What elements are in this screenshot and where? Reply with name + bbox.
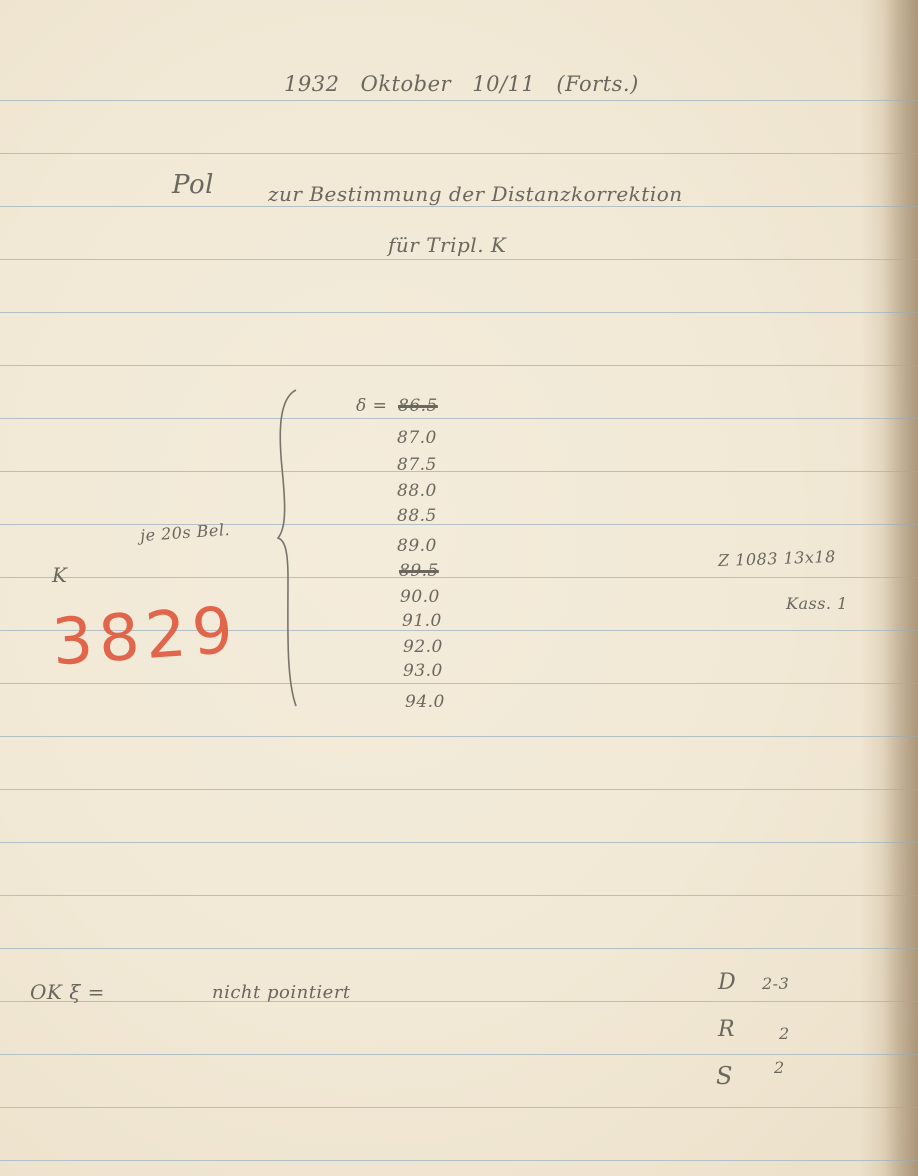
ruled-line xyxy=(0,948,918,949)
ruled-line xyxy=(0,1001,918,1002)
rating-value-s: 2 xyxy=(774,1058,785,1077)
title-line-2: für Tripl. K xyxy=(388,233,506,257)
ruled-line xyxy=(0,736,918,737)
ruled-line xyxy=(0,895,918,896)
rating-label-d: D xyxy=(718,970,736,995)
ruled-line xyxy=(0,206,918,207)
focus-value: 87.5 xyxy=(397,455,437,475)
struck-value: 89.5 xyxy=(399,561,439,581)
struck-value: 86.5 xyxy=(398,396,438,416)
label-k: K xyxy=(52,563,67,587)
ruled-line xyxy=(0,524,918,525)
focus-value: 91.0 xyxy=(402,611,442,631)
ruled-line xyxy=(0,312,918,313)
ruled-line xyxy=(0,1054,918,1055)
title-pol: Pol xyxy=(172,170,214,200)
ruled-line xyxy=(0,365,918,366)
date-line: 1932 Oktober 10/11 (Forts.) xyxy=(284,72,639,96)
focus-value: 93.0 xyxy=(403,661,443,681)
focus-value: 88.5 xyxy=(397,506,437,526)
ruled-line xyxy=(0,471,918,472)
ruled-line xyxy=(0,1160,918,1161)
ruled-line xyxy=(0,789,918,790)
binding-shadow xyxy=(882,0,918,1176)
delta-symbol: δ = xyxy=(356,396,387,416)
rating-value-d: 2-3 xyxy=(762,974,789,993)
ruled-line xyxy=(0,683,918,684)
focus-value: 94.0 xyxy=(405,692,445,712)
focus-value: 90.0 xyxy=(400,587,440,607)
ruled-line xyxy=(0,100,918,101)
ruled-line xyxy=(0,153,918,154)
rating-value-r: 2 xyxy=(779,1024,790,1043)
ok-label: OK ξ = xyxy=(30,980,105,1004)
title-line-1: zur Bestimmung der Distanzkorrektion xyxy=(268,182,683,206)
cassette-info: Kass. 1 xyxy=(786,594,848,613)
ruled-line xyxy=(0,842,918,843)
focus-value: 92.0 xyxy=(403,637,443,657)
focus-value: 88.0 xyxy=(397,481,437,501)
notebook-page: 1932 Oktober 10/11 (Forts.) Pol zur Best… xyxy=(0,0,918,1176)
rating-label-r: R xyxy=(718,1017,735,1042)
ruled-line xyxy=(0,577,918,578)
ruled-line xyxy=(0,1107,918,1108)
ruled-line xyxy=(0,418,918,419)
rating-label-s: S xyxy=(716,1062,733,1090)
plate-info: Z 1083 13x18 xyxy=(718,547,836,570)
red-plate-number: 3829 xyxy=(50,594,242,681)
focus-value: 89.0 xyxy=(397,536,437,556)
focus-value: 87.0 xyxy=(397,428,437,448)
ok-value: nicht pointiert xyxy=(212,982,351,1003)
curly-brace-icon xyxy=(258,388,298,708)
ruled-line xyxy=(0,259,918,260)
